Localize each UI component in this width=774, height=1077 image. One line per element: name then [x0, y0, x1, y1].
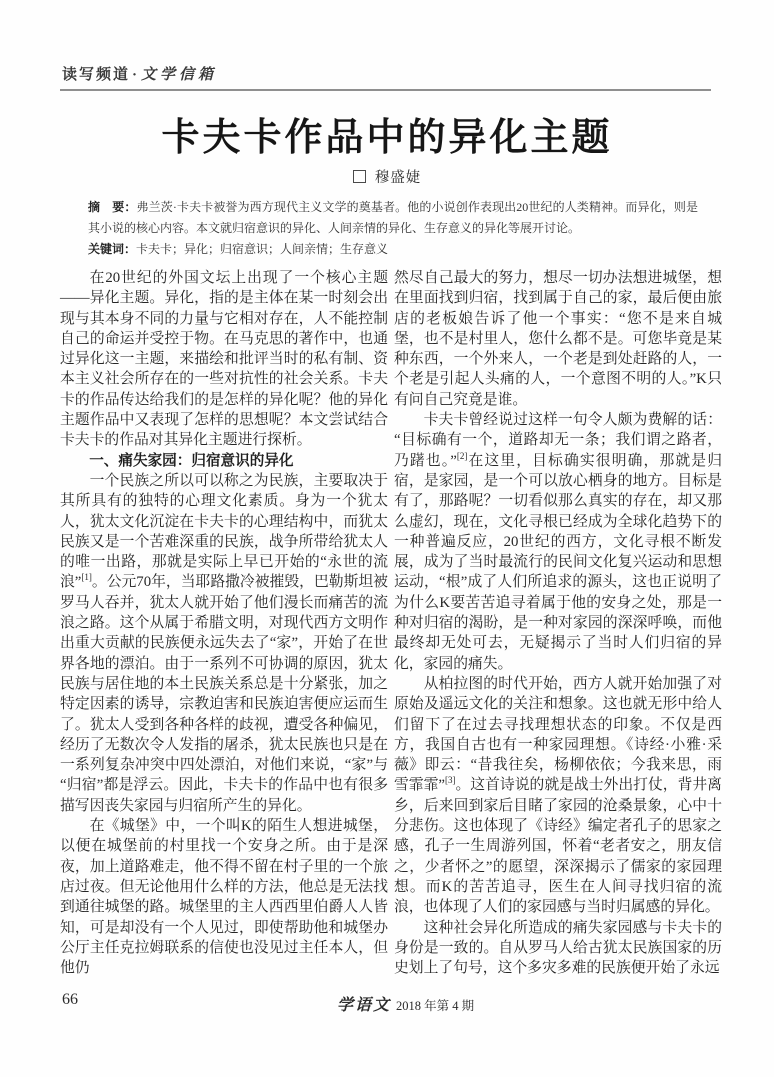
author-line: 穆盛婕	[0, 166, 774, 187]
keywords-label: 关键词：	[88, 242, 136, 256]
page-number: 66	[62, 991, 78, 1009]
paragraph: 从柏拉图的时代开始，西方人就开始加强了对原始及遥远文化的关注和想象。这也就无形中…	[394, 674, 722, 918]
article-body: 在20世纪的外国文坛上出现了一个核心主题——异化主题。异化，指的是主体在某一时刻…	[60, 268, 722, 978]
paragraph: 在《城堡》中，一个叫K的陌生人想进城堡，以便在城堡前的村里找一个安身之所。由于是…	[60, 816, 388, 978]
author-name: 穆盛婕	[375, 170, 422, 186]
journal-issue: 2018 年第 4 期	[396, 999, 474, 1013]
paragraph: 一个民族之所以可以称之为民族，主要取决于其所具有的独特的心理文化素质。身为一个犹…	[60, 471, 388, 816]
header-divider	[60, 89, 711, 91]
abstract-text: 弗兰茨·卡夫卡被誉为西方现代主义文学的奠基者。他的小说创作表现出20世纪的人类精…	[88, 200, 698, 235]
keywords-text: 卡夫卡；异化；归宿意识；人间亲情；生存意义	[136, 242, 388, 256]
channel-separator: ·	[130, 67, 141, 83]
channel-header: 读写频道·文学信箱	[62, 63, 217, 84]
keywords-line: 关键词：卡夫卡；异化；归宿意识；人间亲情；生存意义	[88, 239, 698, 260]
paragraph-continuation: 然尽自己最大的努力，想尽一切办法想进城堡，想在里面找到归宿，找到属于自己的家，最…	[394, 268, 722, 410]
author-box-icon	[353, 170, 366, 183]
journal-footer: 学语文2018 年第 4 期	[337, 992, 474, 1015]
abstract-paragraph: 摘 要：弗兰茨·卡夫卡被誉为西方现代主义文学的奠基者。他的小说创作表现出20世纪…	[88, 197, 698, 239]
paragraph: 这种社会异化所造成的痛失家园感与卡夫卡的身份是一致的。自从罗马人给古犹太民族国家…	[394, 918, 722, 979]
channel-label: 读写频道	[62, 67, 130, 83]
paragraph: 卡夫卡曾经说过这样一句令人颇为费解的话：“目标确有一个，道路却无一条；我们谓之路…	[394, 410, 722, 674]
section-heading: 一、痛失家园：归宿意识的异化	[60, 451, 388, 471]
abstract-block: 摘 要：弗兰茨·卡夫卡被誉为西方现代主义文学的奠基者。他的小说创作表现出20世纪…	[88, 197, 698, 260]
journal-name: 学语文	[337, 997, 391, 1014]
abstract-label: 摘 要：	[88, 200, 136, 214]
right-column: 然尽自己最大的努力，想尽一切办法想进城堡，想在里面找到归宿，找到属于自己的家，最…	[394, 268, 722, 978]
article-title: 卡夫卡作品中的异化主题	[0, 106, 774, 161]
paragraph: 在20世纪的外国文坛上出现了一个核心主题——异化主题。异化，指的是主体在某一时刻…	[60, 268, 388, 451]
journal-page: 读写频道·文学信箱 卡夫卡作品中的异化主题 穆盛婕 摘 要：弗兰茨·卡夫卡被誉为…	[0, 0, 774, 1077]
column-label: 文学信箱	[141, 67, 217, 83]
left-column: 在20世纪的外国文坛上出现了一个核心主题——异化主题。异化，指的是主体在某一时刻…	[60, 268, 388, 978]
